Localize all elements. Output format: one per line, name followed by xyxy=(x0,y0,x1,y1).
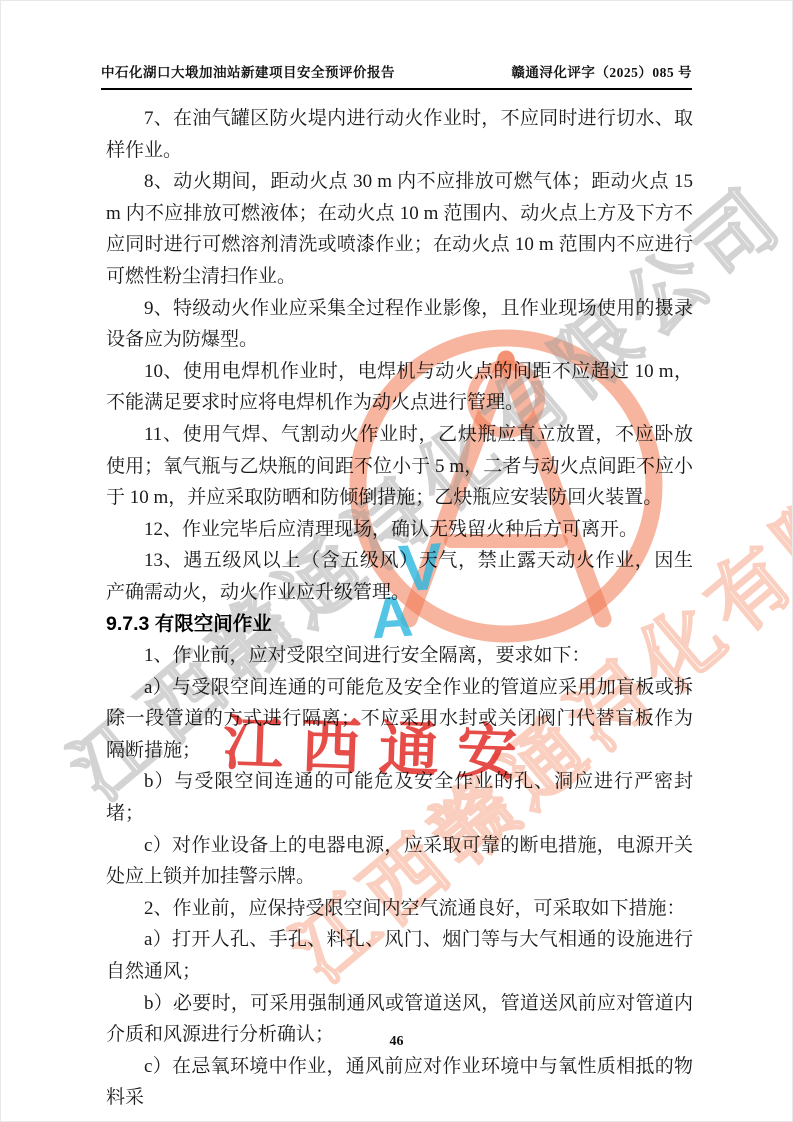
paragraph: a）打开人孔、手孔、料孔、风门、烟门等与大气相通的设施进行自然通风； xyxy=(106,924,693,987)
paragraph: c）对作业设备上的电器电源，应采取可靠的断电措施，电源开关处应上锁并加挂警示牌。 xyxy=(106,830,693,893)
body-content: 7、在油气罐区防火堤内进行动火作业时，不应同时进行切水、取样作业。8、动火期间，… xyxy=(106,103,693,1114)
paragraph: 12、作业完毕后应清理现场，确认无残留火种后方可离开。 xyxy=(106,514,693,546)
paragraph: 10、使用电焊机作业时，电焊机与动火点的间距不应超过 10 m，不能满足要求时应… xyxy=(106,356,693,419)
section-heading: 9.7.3 有限空间作业 xyxy=(106,609,693,641)
paragraph: 11、使用气焊、气割动火作业时，乙炔瓶应直立放置，不应卧放使用；氧气瓶与乙炔瓶的… xyxy=(106,419,693,514)
paragraph: 2、作业前，应保持受限空间内空气流通良好，可采取如下措施： xyxy=(106,893,693,925)
page-number: 46 xyxy=(1,1034,792,1050)
header-divider xyxy=(101,88,692,90)
paragraph: b）与受限空间连通的可能危及安全作业的孔、洞应进行严密封堵； xyxy=(106,766,693,829)
paragraph: c）在忌氧环境中作业，通风前应对作业环境中与氧性质相抵的物料采 xyxy=(106,1051,693,1114)
paragraph: 1、作业前，应对受限空间进行安全隔离，要求如下： xyxy=(106,640,693,672)
page-header: 中石化湖口大塅加油站新建项目安全预评价报告 赣通浔化评字（2025）085 号 xyxy=(101,61,692,81)
paragraph: 13、遇五级风以上（含五级风）天气，禁止露天动火作业，因生产确需动火，动火作业应… xyxy=(106,545,693,608)
paragraph: a）与受限空间连通的可能危及安全作业的管道应采用加盲板或拆除一段管道的方式进行隔… xyxy=(106,672,693,767)
paragraph: 9、特级动火作业应采集全过程作业影像，且作业现场使用的摄录设备应为防爆型。 xyxy=(106,293,693,356)
paragraph: 8、动火期间，距动火点 30 m 内不应排放可燃气体；距动火点 15 m 内不应… xyxy=(106,166,693,292)
document-page: 中石化湖口大塅加油站新建项目安全预评价报告 赣通浔化评字（2025）085 号 … xyxy=(0,0,793,1122)
paragraph: 7、在油气罐区防火堤内进行动火作业时，不应同时进行切水、取样作业。 xyxy=(106,103,693,166)
header-doc-number: 赣通浔化评字（2025）085 号 xyxy=(511,61,692,81)
header-report-title: 中石化湖口大塅加油站新建项目安全预评价报告 xyxy=(101,61,395,81)
